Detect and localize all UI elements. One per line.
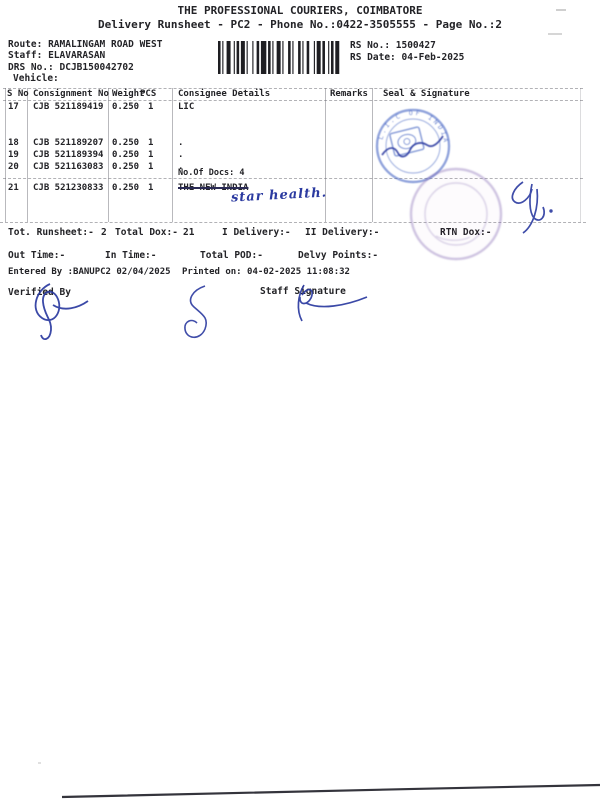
rtn-dox-label: RTN Dox:- <box>440 228 491 238</box>
cell-sno: 19 <box>8 151 19 161</box>
table-border-bottom <box>0 222 586 223</box>
signature-row21 <box>512 182 552 233</box>
col-header-seal: Seal & Signature <box>383 90 470 100</box>
cell-weight: 0.250 <box>112 184 139 194</box>
col-header-remarks: Remarks <box>330 90 368 100</box>
company-title: THE PROFESSIONAL COURIERS, COIMBATORE <box>0 5 600 17</box>
barcode <box>218 41 339 74</box>
cell-pcs: 1 <box>148 103 153 113</box>
col-header-sno: S No <box>7 90 29 100</box>
tot-runsheet-label: Tot. Runsheet:- <box>8 228 94 238</box>
scan-speck <box>38 762 41 764</box>
table-vline-left <box>5 88 6 222</box>
printed-on: Printed on: 04-02-2025 11:08:32 <box>182 268 350 278</box>
cell-pcs: 1 <box>148 184 153 194</box>
rs-no: RS No.: 1500427 <box>350 41 436 51</box>
table-vline-pcs <box>172 88 173 222</box>
table-vline-remarks <box>372 88 373 222</box>
in-time-label: In Time:- <box>105 251 156 261</box>
drs-value: DCJB150042702 <box>60 62 134 73</box>
table-border-header <box>3 100 583 101</box>
vehicle-label: Vehicle: <box>13 74 59 84</box>
entered-by: Entered By :BANUPC2 02/04/2025 <box>8 268 171 278</box>
staff-label: Staff: <box>8 50 42 61</box>
total-pod-label: Total POD:- <box>200 251 263 261</box>
cell-consignee: LIC <box>178 103 194 113</box>
page-subtitle: Delivery Runsheet - PC2 - Phone No.:0422… <box>0 19 600 31</box>
lic-stamp: L.I.C OF INDIA <box>377 109 450 182</box>
rs-date: RS Date: 04-Feb-2025 <box>350 53 464 63</box>
out-time-label: Out Time:- <box>8 251 65 261</box>
cell-pcs: 1 <box>148 151 153 161</box>
delvy-points-label: Delvy Points:- <box>298 251 378 261</box>
svg-text:L.I.C OF INDIA: L.I.C OF INDIA <box>377 109 450 145</box>
table-vline-consignee <box>325 88 326 222</box>
i-delivery-label: I Delivery:- <box>222 228 291 238</box>
drs-line: DRS No.: DCJB150042702 <box>8 63 134 73</box>
route-label: Route: <box>8 39 42 50</box>
cell-consignment: CJB 521189207 <box>33 139 103 149</box>
table-border-mid <box>3 178 583 179</box>
staff-line: Staff: ELAVARASAN <box>8 51 105 61</box>
table-vline-sno <box>27 88 28 222</box>
total-dox-label: Total Dox:- <box>115 228 178 238</box>
handwritten-note: star health. <box>231 186 328 205</box>
cell-consignee: . <box>178 151 183 161</box>
scan-page-edge <box>62 785 600 797</box>
ii-delivery-label: II Delivery:- <box>305 228 379 238</box>
cell-weight: 0.250 <box>112 103 139 113</box>
cell-consignment: CJB 521189419 <box>33 103 103 113</box>
rtn-stamp <box>411 169 501 259</box>
cell-consignment: CJB 521189394 <box>33 151 103 161</box>
verified-by-label: Verified By <box>8 288 71 298</box>
col-header-consignment: Consignment No <box>33 90 109 100</box>
docs-note: No.Of Docs: 4 <box>178 169 245 178</box>
drs-label: DRS No.: <box>8 62 54 73</box>
cell-weight: 0.250 <box>112 163 139 173</box>
total-dox-value: 21 <box>183 228 194 238</box>
tot-runsheet-value: 2 <box>101 228 107 238</box>
staff-value: ELAVARASAN <box>48 50 105 61</box>
table-vline-right <box>580 88 581 222</box>
cell-pcs: 1 <box>148 163 153 173</box>
cell-weight: 0.250 <box>112 151 139 161</box>
cell-sno: 18 <box>8 139 19 149</box>
col-header-pcs: PCS <box>140 90 156 100</box>
cell-sno: 17 <box>8 103 19 113</box>
cell-consignee: . <box>178 139 183 149</box>
lic-stamp-signature-squiggle <box>382 136 443 157</box>
cell-pcs: 1 <box>148 139 153 149</box>
col-header-consignee: Consignee Details <box>178 90 270 100</box>
route-value: RAMALINGAM ROAD WEST <box>48 39 162 50</box>
scan-speck <box>548 33 562 35</box>
cell-sno: 20 <box>8 163 19 173</box>
route-line: Route: RAMALINGAM ROAD WEST <box>8 40 162 50</box>
cell-consignment: CJB 521230833 <box>33 184 103 194</box>
signature-middle-flourish <box>185 286 206 337</box>
cell-sno: 21 <box>8 184 19 194</box>
lic-stamp-arc-text: L.I.C OF INDIA <box>377 109 450 145</box>
table-vline-consignment <box>108 88 109 222</box>
staff-signature-label: Staff Signature <box>260 287 346 297</box>
runsheet-document: THE PROFESSIONAL COURIERS, COIMBATORE De… <box>0 0 600 800</box>
cell-weight: 0.250 <box>112 139 139 149</box>
ink-overlay: L.I.C OF INDIA <box>0 0 600 800</box>
cell-consignment: CJB 521163083 <box>33 163 103 173</box>
